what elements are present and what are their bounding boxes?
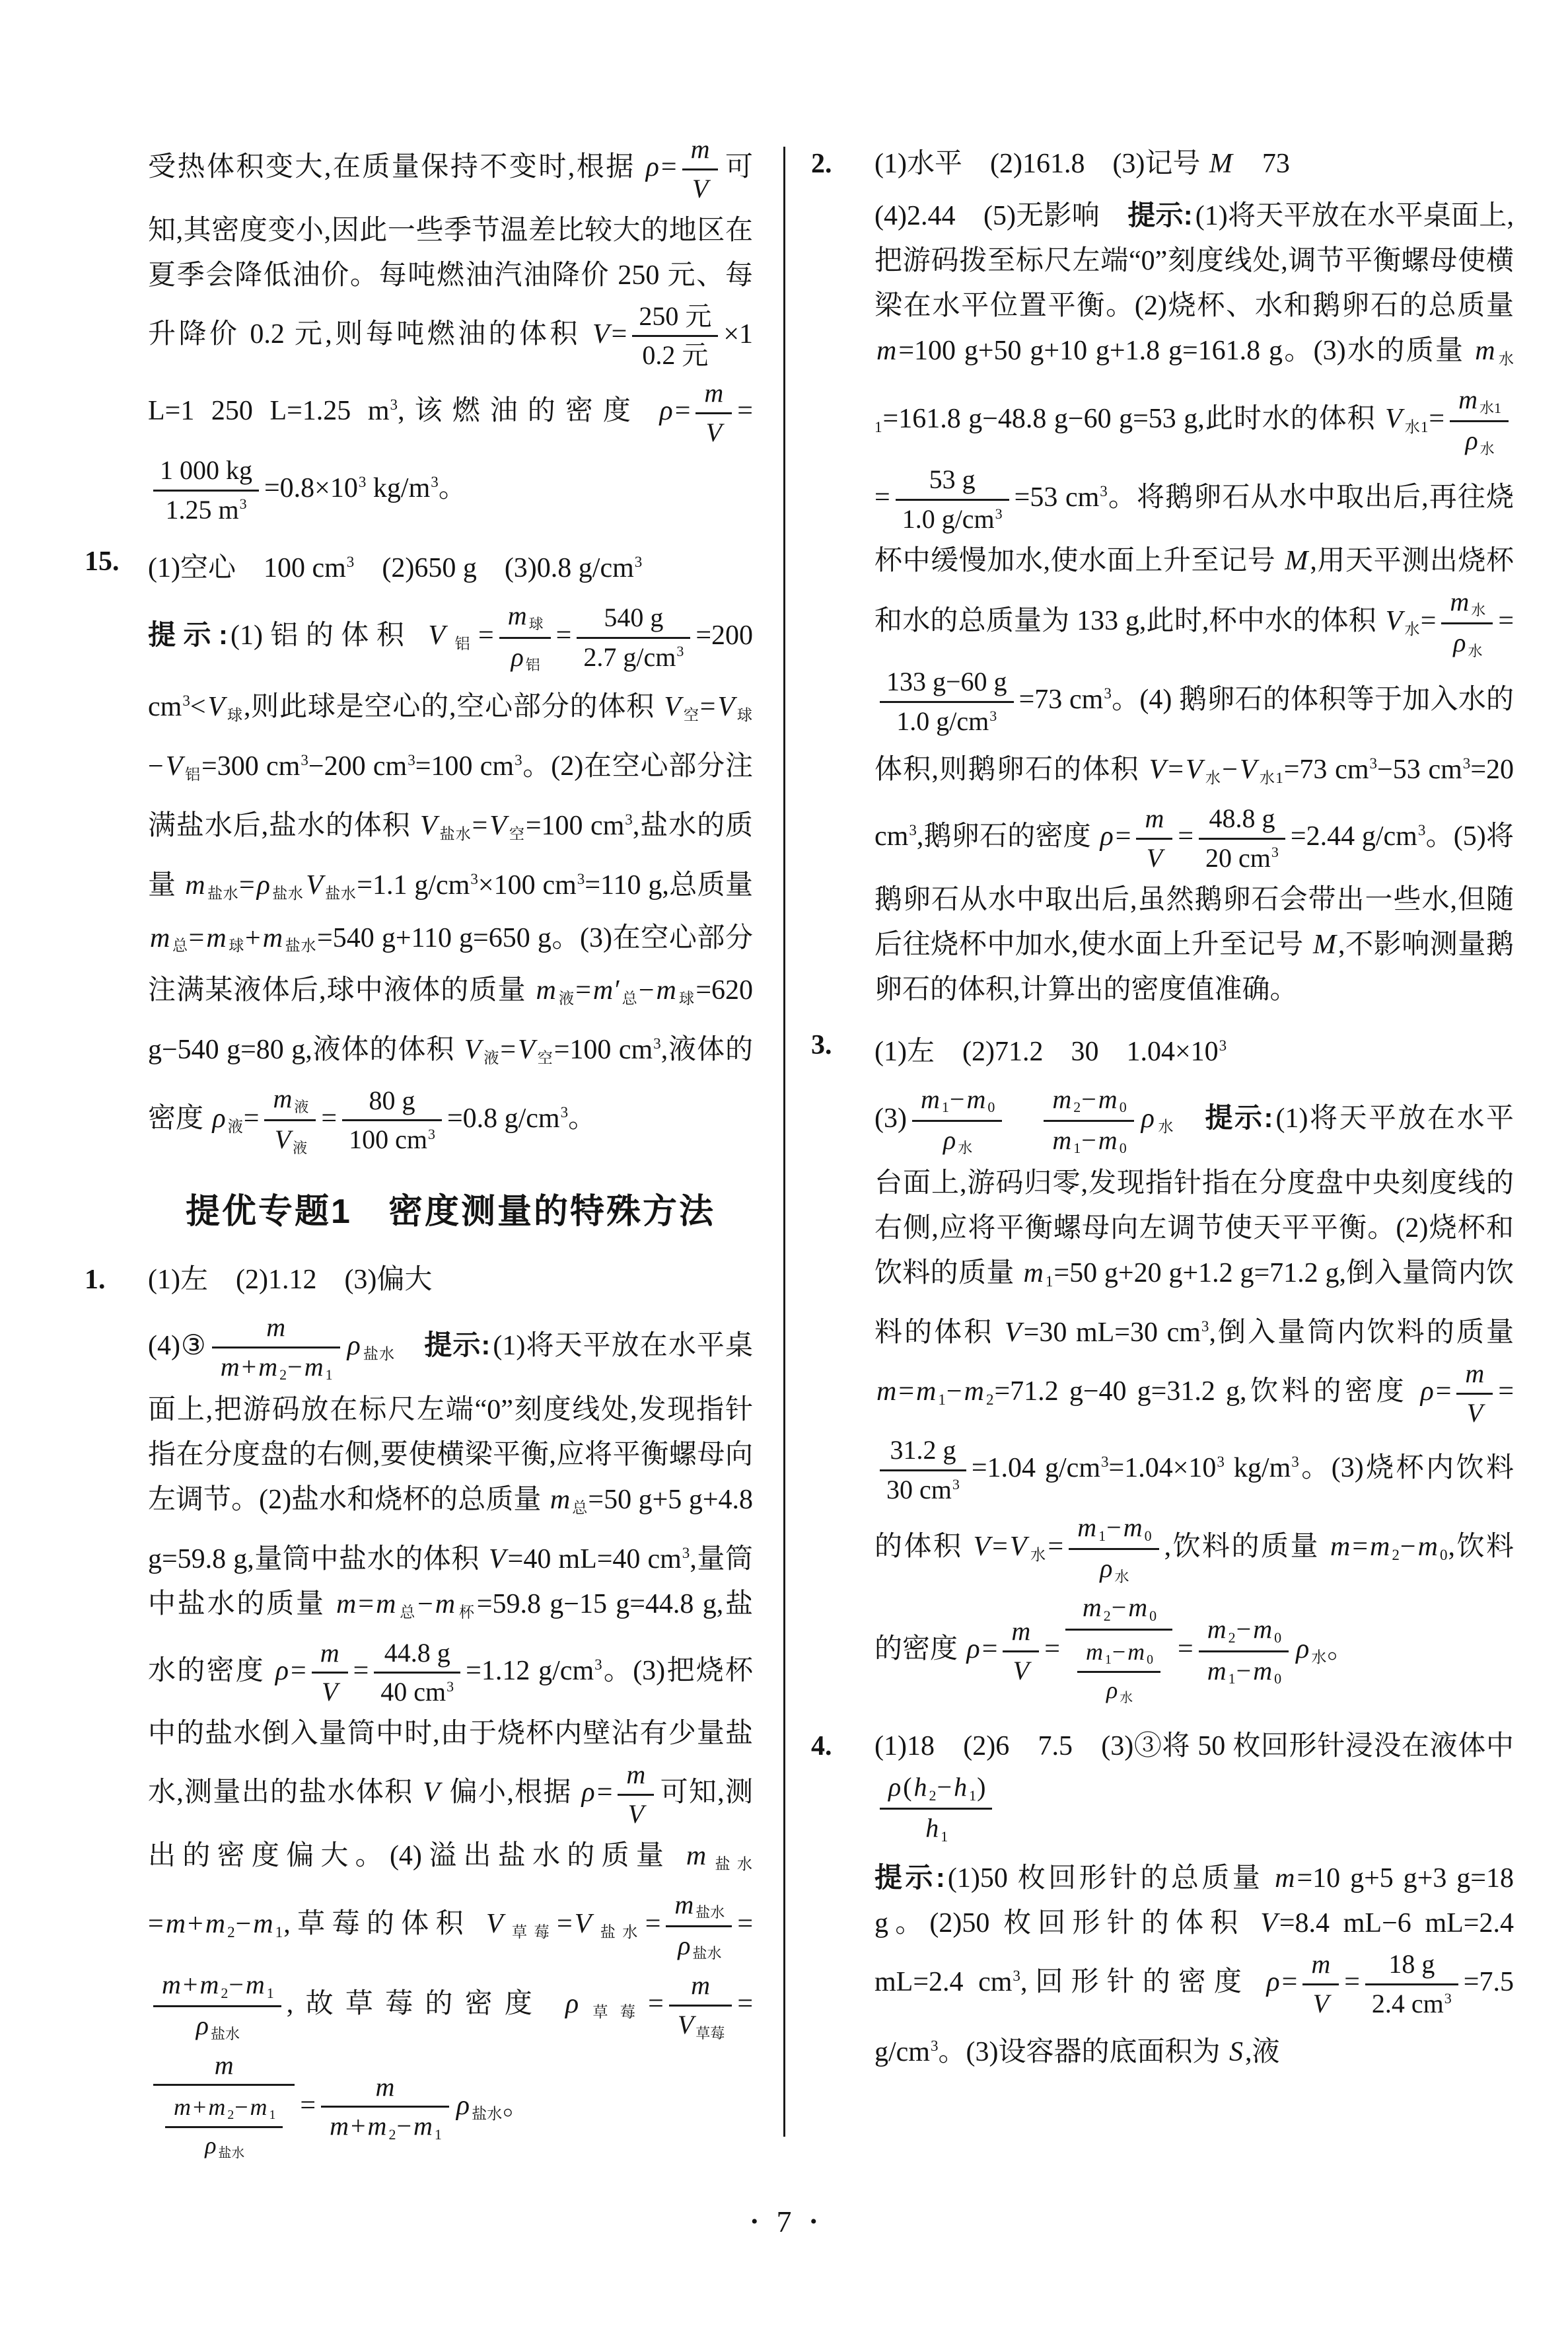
fraction-denominator: V液 (264, 1121, 316, 1158)
answer-item: 4.(1)18 (2)6 7.5 (3)③将 50 枚回形针浸没在液体中 ρ(h… (811, 1724, 1514, 1849)
math-superscript: 3 (560, 1103, 569, 1121)
math-variable: m (264, 1312, 287, 1342)
fraction-numerator: 80 g (342, 1085, 442, 1122)
math-variable: ρ (644, 152, 661, 182)
fraction-numerator: 540 g (577, 602, 690, 639)
math-variable: m (1205, 1614, 1229, 1644)
fraction-numerator: m (1456, 1358, 1493, 1395)
fraction-denominator: ρ铝 (499, 639, 551, 675)
math-variable: m (433, 1589, 457, 1619)
math-variable: m (374, 1589, 398, 1619)
math-variable: V (690, 174, 710, 203)
fraction: mV (1136, 803, 1172, 875)
fraction-numerator: m2−m0 (1044, 1084, 1133, 1122)
math-subscript: 0 (1149, 1607, 1157, 1624)
math-variable: V (971, 1532, 992, 1562)
fraction-denominator: ρ盐水 (153, 2007, 281, 2044)
math-subscript: 盐水 (472, 2105, 503, 2122)
math-variable: V (704, 418, 724, 447)
math-superscript: 3 (952, 1476, 960, 1493)
problem-number: 3. (811, 1023, 872, 1068)
math-superscript: 3 (1012, 1967, 1020, 1984)
math-subscript: 0 (1147, 1652, 1154, 1667)
math-superscript: 3 (653, 1035, 661, 1052)
fraction: m1−m0ρ水 (912, 1084, 1002, 1158)
hint-label: 提示: (874, 1862, 948, 1893)
math-variable: m (689, 134, 712, 164)
math-superscript: 3 (430, 473, 439, 490)
math-variable: m (160, 1970, 183, 1999)
math-variable: m (655, 975, 678, 1006)
math-variable: M (1207, 149, 1234, 179)
math-superscript: 3 (1216, 1453, 1225, 1470)
math-variable: ρ (194, 2011, 211, 2040)
math-variable: V (662, 692, 683, 722)
math-subscript: 盐水 (593, 1923, 645, 1940)
math-subscript: 水1 (1479, 400, 1502, 416)
fraction: m水1ρ水 (1450, 384, 1509, 459)
math-variable: V (1011, 1656, 1031, 1685)
answer-item: 3.(1)左 (2)71.2 30 1.04×103 (811, 1023, 1514, 1074)
math-subscript: 铝 (526, 657, 541, 673)
math-subscript: 水 (1120, 1691, 1133, 1705)
workbook-answer-page: 受热体积变大,在质量保持不变时,根据 ρ=mV可知,其密度变小,因此一些季节温差… (0, 0, 1568, 2325)
paragraph: (4)③mm+m2−m1ρ盐水 提示:(1)将天平放在水平桌面上,把游码放在标尺… (85, 1309, 753, 2169)
paragraph: 提示:(1)50 枚回形针的总质量 m=10 g+5 g+3 g=18 g。(2… (811, 1855, 1514, 2075)
fraction-denominator: m1−m0 (1199, 1652, 1289, 1689)
math-variable: m (183, 870, 207, 901)
math-variable: m (1125, 1639, 1147, 1665)
math-variable: m (684, 1841, 708, 1871)
math-subscript: 水 (1404, 620, 1421, 638)
math-superscript: 3 (1291, 1453, 1299, 1470)
math-superscript: 3 (1201, 1317, 1209, 1335)
math-subscript: 水 (1028, 1546, 1048, 1563)
fraction-numerator: m (153, 2049, 295, 2086)
math-superscript: 3 (470, 870, 478, 887)
math-superscript: 3 (930, 2037, 939, 2054)
math-variable: m (874, 336, 898, 366)
math-subscript: 盐水 (219, 2146, 246, 2160)
math-subscript: 空 (537, 1049, 554, 1066)
fraction-numerator: m液 (264, 1083, 316, 1121)
math-subscript: 盐水 (285, 937, 317, 954)
block-text: (1)左 (2)71.2 30 1.04×103 (874, 1037, 1227, 1067)
math-subscript: 水 (1480, 441, 1495, 457)
math-variable: m (1126, 1592, 1149, 1622)
math-subscript: 盐水 (363, 1345, 396, 1362)
fraction: 53 g1.0 g/cm3 (896, 464, 1009, 536)
fraction: m2−m0m1−m0 (1044, 1084, 1133, 1158)
math-subscript: 盐水 (211, 2026, 240, 2042)
fraction-numerator: m水1 (1450, 384, 1509, 422)
fraction: mm+m2−m1ρ盐水 (153, 2049, 295, 2166)
fraction-numerator: 1 000 kg (153, 455, 259, 492)
math-variable: V (1003, 1317, 1024, 1348)
math-subscript: 杯 (457, 1604, 477, 1621)
fraction: ρ(h2−h1)h1 (880, 1771, 992, 1846)
fraction-denominator: 0.2 元 (632, 337, 718, 372)
math-variable: V (1384, 606, 1405, 636)
problem-number: 4. (811, 1724, 872, 1769)
math-subscript: 水1 (1259, 769, 1284, 786)
fraction: 540 g2.7 g/cm3 (577, 602, 690, 674)
fraction-numerator: m (212, 1311, 340, 1348)
math-superscript: 3 (182, 692, 190, 709)
math-variable: h (923, 1813, 941, 1843)
problem-number: 2. (811, 141, 872, 186)
math-variable: V (1383, 404, 1404, 434)
answer-item: 1.(1)左 (2)1.12 (3)偏大 (85, 1257, 753, 1302)
math-subscript: 1 (938, 1391, 946, 1408)
problem-number: 15. (85, 539, 145, 584)
math-variable: m (1473, 336, 1497, 366)
math-subscript: 铝 (447, 635, 478, 652)
math-variable: m (1096, 1084, 1120, 1114)
math-variable: ρ (509, 642, 526, 672)
math-subscript: 总 (572, 1499, 588, 1516)
math-variable: m (203, 1909, 227, 1939)
fraction: mV (682, 133, 719, 205)
math-variable: m (914, 1376, 938, 1407)
math-superscript: 3 (346, 553, 355, 570)
fraction-denominator: V (682, 170, 719, 205)
math-subscript: 1 (1046, 1273, 1054, 1290)
block-text: 提示:(1)铝的体积 V铝=m球ρ铝=540 g2.7 g/cm3=200 cm… (148, 620, 753, 1134)
math-variable: ρ (1098, 1553, 1114, 1583)
fraction-denominator: 2.4 cm3 (1365, 1985, 1458, 2020)
fraction-denominator: m+m2−m1 (321, 2108, 449, 2144)
math-superscript: 3 (1444, 1990, 1452, 2007)
math-variable: V (487, 811, 509, 841)
math-variable: m (962, 1376, 986, 1407)
fraction-denominator: m1−m0ρ水 (1065, 1631, 1172, 1711)
math-variable: ρ (1451, 628, 1468, 657)
math-variable: V (484, 1909, 505, 1939)
math-subscript: 球 (529, 616, 544, 632)
math-variable: m (366, 2111, 389, 2141)
math-subscript: 球 (229, 937, 245, 954)
fraction-numerator: 53 g (896, 464, 1009, 501)
math-variable: h (952, 1772, 969, 1802)
fraction-denominator: 40 cm3 (374, 1674, 460, 1709)
math-variable: m′ (591, 975, 622, 1006)
fraction-numerator: m (618, 1759, 654, 1796)
math-variable: m (1050, 1084, 1073, 1114)
math-variable: m (1075, 1512, 1098, 1542)
column-left: 受热体积变大,在质量保持不变时,根据 ρ=mV可知,其密度变小,因此一些季节温差… (85, 131, 753, 2176)
math-superscript: 3 (427, 1126, 435, 1142)
math-variable: m (1084, 1639, 1105, 1665)
math-subscript: 1 (1098, 1528, 1106, 1544)
math-variable: m (506, 601, 529, 630)
math-subscript: 铝 (184, 766, 201, 783)
math-variable: V (462, 1035, 483, 1065)
paragraph: (3)m1−m0ρ水 m2−m0m1−m0ρ水 提示:(1)将天平放在水平台面上… (811, 1081, 1514, 1713)
math-variable: V (1145, 843, 1164, 873)
math-superscript: 3 (676, 643, 684, 659)
math-variable: m (328, 2111, 351, 2141)
math-variable: m (244, 1970, 267, 1999)
math-subscript: 2 (227, 2108, 234, 2122)
math-superscript: 3 (594, 1656, 602, 1673)
math-variable: m (148, 923, 172, 953)
math-subscript: 草莓 (581, 2003, 648, 2020)
paragraph: (4)2.44 (5)无影响 提示:(1)将天平放在水平桌面上,把游码拨至标尺左… (811, 193, 1514, 1012)
math-superscript: 3 (1219, 1037, 1227, 1054)
math-subscript: 水 (1471, 602, 1486, 618)
paragraph: 受热体积变大,在质量保持不变时,根据 ρ=mV可知,其密度变小,因此一些季节温差… (85, 131, 753, 529)
math-variable: ρ (563, 1989, 581, 2019)
math-variable: S (1227, 2037, 1245, 2067)
math-subscript: 2 (227, 1923, 236, 1940)
math-variable: m (256, 1352, 279, 1382)
math-subscript: 空 (509, 825, 526, 842)
block-text: (4)2.44 (5)无影响 提示:(1)将天平放在水平桌面上,把游码拨至标尺左… (874, 201, 1514, 1005)
fraction-numerator: m1−m0 (912, 1084, 1002, 1122)
math-subscript: 盐水 (708, 1855, 753, 1872)
math-variable: ρ (941, 1125, 958, 1155)
math-subscript: 0 (1145, 1528, 1153, 1544)
math-variable: m (874, 1376, 898, 1407)
math-variable: m (197, 1970, 221, 1999)
fraction: 133 g−60 g1.0 g/cm3 (880, 666, 1014, 738)
math-subscript: 液 (294, 1099, 309, 1115)
math-variable: m (1368, 1532, 1392, 1562)
fraction: mV (1003, 1615, 1039, 1687)
fraction-denominator: 1.25 m3 (153, 492, 259, 527)
fraction: mV (1302, 1948, 1339, 2020)
math-subscript: 液 (228, 1118, 244, 1135)
math-subscript: 球 (736, 706, 753, 723)
fraction: mV (695, 377, 732, 449)
math-subscript: 2 (1073, 1099, 1081, 1115)
fraction: m+m2−m1ρ盐水 (165, 2092, 283, 2162)
math-variable: m (689, 1970, 712, 2000)
math-subscript: 液 (293, 1140, 308, 1156)
math-variable: h (912, 1772, 929, 1802)
math-variable: m (919, 1084, 942, 1114)
math-variable: M (1283, 546, 1310, 576)
fraction-denominator: 1.0 g/cm3 (880, 703, 1014, 738)
fraction-numerator: m+m2−m1 (153, 1969, 281, 2007)
math-variable: V (1258, 1908, 1279, 1938)
math-superscript: 3 (300, 751, 308, 768)
math-variable: m (1416, 1532, 1440, 1562)
fraction-numerator: m+m2−m1 (165, 2092, 283, 2128)
math-variable: m (334, 1589, 358, 1619)
math-variable: ρ (273, 1656, 291, 1686)
math-variable: V (516, 1035, 537, 1065)
math-subscript: 1 (1229, 1670, 1236, 1687)
math-subscript: 1 (969, 1787, 977, 1804)
math-subscript: 盐水 (325, 885, 357, 902)
math-variable: ρ (676, 1931, 692, 1960)
fraction: 31.2 g30 cm3 (880, 1434, 966, 1506)
math-variable: V (590, 319, 612, 350)
math-variable: V (1311, 1989, 1331, 2018)
math-variable: m (248, 2094, 269, 2120)
math-subscript: 盐水 (695, 1904, 725, 1921)
math-variable: m (271, 1084, 294, 1113)
math-variable: m (204, 923, 228, 953)
math-variable: m (702, 378, 725, 408)
math-subscript: 1 (435, 2126, 443, 2143)
math-variable: V (1008, 1532, 1029, 1562)
fraction-numerator: m2−m0 (1065, 1592, 1172, 1630)
fraction-denominator: 100 cm3 (342, 1121, 442, 1156)
math-variable: ρ (255, 870, 272, 901)
fraction: 18 g2.4 cm3 (1365, 1948, 1458, 2020)
math-subscript: 总 (621, 990, 638, 1007)
fraction-numerator: m1−m0 (1069, 1512, 1158, 1550)
math-variable: m (1009, 1616, 1032, 1646)
math-superscript: 3 (577, 870, 585, 887)
math-subscript: 盐水 (692, 1945, 722, 1962)
math-subscript: 0 (1440, 1546, 1448, 1563)
fraction-numerator: m球 (499, 600, 551, 638)
hint-label: 提示: (148, 619, 231, 650)
math-variable: m (1328, 1532, 1352, 1562)
fraction: mV (312, 1637, 348, 1709)
fraction: 44.8 g40 cm3 (374, 1637, 460, 1709)
math-variable: ρ (454, 2090, 472, 2121)
fraction-numerator: m (321, 2071, 449, 2108)
math-variable: V (1238, 755, 1259, 785)
fraction-denominator: 2.7 g/cm3 (577, 639, 690, 674)
fraction-numerator: m (682, 133, 719, 170)
math-variable: m (303, 1352, 326, 1382)
math-superscript: 3 (995, 505, 1003, 522)
math-variable: m (1448, 587, 1471, 616)
math-subscript: 总 (172, 937, 188, 954)
fraction-denominator: V (1456, 1395, 1493, 1430)
fraction-numerator: 250 元 (632, 301, 718, 338)
fraction-denominator: ρ水 (1077, 1673, 1160, 1707)
math-superscript: 3 (1369, 755, 1378, 772)
math-superscript: 3 (989, 708, 997, 724)
math-subscript: 水 (1311, 1648, 1327, 1666)
fraction-numerator: 18 g (1365, 1948, 1458, 1985)
fraction: 80 g100 cm3 (342, 1085, 442, 1157)
hint-label: 提示: (1205, 1102, 1275, 1133)
math-variable: m (1463, 1358, 1486, 1388)
math-subscript: 液 (483, 1049, 500, 1066)
fraction: 48.8 g20 cm3 (1199, 803, 1285, 875)
math-variable: V (320, 1677, 339, 1707)
math-variable: m (318, 1638, 341, 1668)
math-superscript: 3 (446, 1678, 454, 1695)
fraction: m球ρ铝 (499, 600, 551, 675)
math-variable: V (573, 1909, 594, 1939)
fraction-denominator: m+m2−m1 (212, 1348, 340, 1385)
math-variable: V (273, 1125, 293, 1154)
fraction-numerator: m盐水 (666, 1889, 732, 1927)
math-subscript: 1 (942, 1099, 950, 1115)
section-heading: 提优专题1 密度测量的特殊方法 (85, 1189, 753, 1235)
math-variable: V (676, 2010, 695, 2040)
fraction-numerator: 48.8 g (1199, 803, 1285, 840)
fraction: m2−m0m1−m0 (1199, 1613, 1289, 1688)
fraction-numerator: m (695, 377, 732, 414)
math-subscript: 1 (1073, 1140, 1081, 1156)
math-variable: ρ (1264, 1967, 1281, 1997)
math-variable: ρ (965, 1634, 982, 1664)
fraction-denominator: ρ盐水 (666, 1927, 732, 1964)
math-superscript: 3 (239, 496, 247, 512)
math-superscript: 3 (390, 396, 398, 413)
math-subscript: 2 (1104, 1607, 1112, 1624)
fraction-denominator: 20 cm3 (1199, 840, 1285, 875)
math-superscript: 3 (514, 751, 522, 768)
fraction-numerator: 44.8 g (374, 1637, 460, 1674)
math-variable: ρ (211, 1103, 228, 1134)
fraction-denominator: m1−m0 (1044, 1122, 1133, 1158)
block-text: 受热体积变大,在质量保持不变时,根据 ρ=mV可知,其密度变小,因此一些季节温差… (148, 152, 753, 503)
block-text: (1)左 (2)1.12 (3)偏大 (148, 1265, 432, 1295)
math-variable: V (487, 1544, 508, 1574)
footer-dot-right: • (810, 2211, 818, 2233)
math-variable: m (1251, 1614, 1274, 1644)
fraction: mV (1456, 1358, 1493, 1430)
math-subscript: 空 (683, 706, 700, 723)
math-variable: m (374, 2072, 397, 2102)
fraction: mV草莓 (669, 1970, 732, 2043)
math-subscript: 0 (1274, 1670, 1282, 1687)
math-superscript: 3 (358, 473, 367, 490)
problem-number: 1. (85, 1257, 145, 1302)
math-variable: V (206, 692, 227, 722)
paragraph: 提示:(1)铝的体积 V铝=m球ρ铝=540 g2.7 g/cm3=200 cm… (85, 597, 753, 1160)
answer-item: 2.(1)水平 (2)161.8 (3)记号 M 73 (811, 141, 1514, 186)
math-subscript: 2 (929, 1787, 937, 1804)
math-superscript: 3 (1462, 755, 1471, 772)
math-variable: m (411, 2111, 435, 2141)
math-subscript: 2 (221, 1985, 229, 2001)
math-subscript: 草莓 (505, 1923, 557, 1940)
fraction: m盐水ρ盐水 (666, 1889, 732, 1964)
math-variable: ρ (1463, 425, 1479, 455)
math-variable: m (548, 1485, 572, 1515)
block-text: (1)空心 100 cm3 (2)650 g (3)0.8 g/cm3 (148, 553, 642, 583)
math-variable: m (1251, 1656, 1274, 1685)
block-text: (4)③mm+m2−m1ρ盐水 提示:(1)将天平放在水平桌面上,把游码放在标尺… (148, 1331, 753, 2121)
math-variable: m (534, 975, 557, 1006)
block-text: (1)18 (2)6 7.5 (3)③将 50 枚回形针浸没在液体中 ρ(h2−… (874, 1731, 1542, 1822)
math-subscript: 1 (326, 1366, 334, 1383)
fraction-denominator: ρ盐水 (165, 2128, 283, 2162)
math-subscript: 水 (1205, 769, 1223, 786)
fraction-denominator: V (1136, 840, 1172, 875)
fraction-denominator: V (1302, 1985, 1339, 2020)
math-variable: V (626, 1799, 646, 1829)
fraction-denominator: V (695, 414, 732, 449)
math-subscript: 2 (986, 1391, 995, 1408)
math-variable: m (1143, 803, 1166, 833)
fraction: m1−m0ρ水 (1069, 1512, 1158, 1586)
math-variable: ρ (580, 1777, 597, 1808)
math-subscript: 水 (1468, 643, 1483, 659)
math-subscript: 总 (398, 1604, 417, 1621)
math-variable: m (1081, 1592, 1104, 1622)
column-divider (783, 147, 785, 2137)
math-subscript: 水 (1115, 1568, 1130, 1585)
math-subscript: 0 (1274, 1629, 1282, 1646)
math-subscript: 水 (958, 1140, 973, 1156)
math-variable: ρ (1139, 1103, 1157, 1134)
page-footer: •7• (0, 2204, 1568, 2239)
hint-label: 提示: (424, 1329, 493, 1360)
